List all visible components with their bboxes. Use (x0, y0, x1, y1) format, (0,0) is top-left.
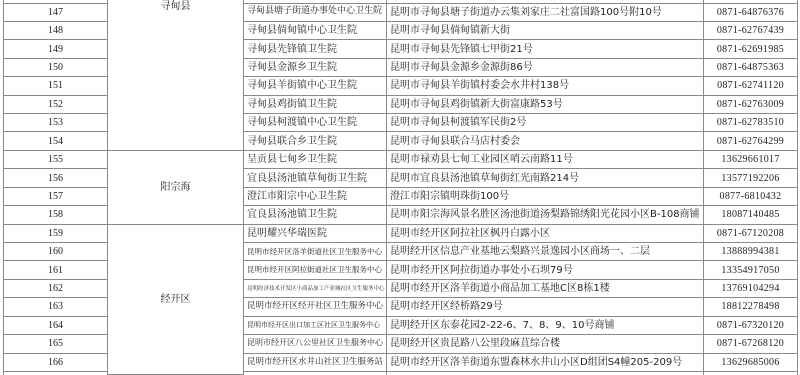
phone-cell: 13888994381 (704, 242, 798, 260)
institution-cell: 昆明市经开区经开社区卫生服务中心 (244, 298, 387, 316)
phone-cell: 0871-62767439 (704, 21, 798, 39)
institution-cell: 寻甸县鸡街镇卫生院 (244, 95, 387, 113)
phone-cell: 0871-62741120 (704, 77, 798, 95)
phone-cell: 0871-62764299 (704, 132, 798, 150)
phone-cell: 0871-64875363 (704, 58, 798, 76)
row-number-cell: 164 (4, 316, 108, 334)
row-number-cell: 166 (4, 353, 108, 371)
row-number-cell: 156 (4, 169, 108, 187)
institution-cell: 寻甸县联合乡卫生院 (244, 132, 387, 150)
institution-cell: 寻甸县柯渡镇中心卫生院 (244, 114, 387, 132)
phone-cell (704, 371, 798, 374)
address-cell: 昆明市禄劝县七甸工业园区哨云南路11号 (387, 150, 704, 168)
table-row: 155 阳宗海 呈贡县七甸乡卫生院 昆明市禄劝县七甸工业园区哨云南路11号 13… (4, 150, 798, 168)
address-cell: 昆明经开区信息产业基地云梨路兴景逸园小区商场一、二层 (387, 242, 704, 260)
row-number-cell (4, 371, 108, 374)
region-cell-xundian: 寻甸县 (108, 0, 244, 150)
phone-cell: 0871-67320120 (704, 316, 798, 334)
address-cell: 昆明经开区贵昆路八公里段麻苴综合楼 (387, 335, 704, 353)
row-number-cell: 163 (4, 298, 108, 316)
institution-cell: 寻甸县塘子街道办事处中心卫生院 (244, 3, 387, 21)
phone-cell: 13629661017 (704, 150, 798, 168)
address-cell: 昆明经开区东泰花园2-22-6、7、8、9、10号商铺 (387, 316, 704, 334)
address-cell: 昆明市寻甸县联合马店村委会 (387, 132, 704, 150)
institution-cell: 寻甸县羊街镇中心卫生院 (244, 77, 387, 95)
institution-cell: 呈贡县七甸乡卫生院 (244, 150, 387, 168)
row-number-cell: 160 (4, 242, 108, 260)
address-cell: 昆明市经开区经桥路29号 (387, 298, 704, 316)
address-cell: 昆明市经开区洛羊街道小商品加工基地C区8栋1楼 (387, 279, 704, 297)
address-cell: 昆明市经开区阿拉社区枫丹白露小区 (387, 224, 704, 242)
institution-cell: 昆明耀兴华瑞医院 (244, 224, 387, 242)
institution-cell: 昆明经济技术开发区小商品加工产业城社区卫生服务中心 (244, 279, 387, 297)
institution-cell: 宜良县汤池镇卫生院 (244, 206, 387, 224)
phone-cell: 18087140485 (704, 206, 798, 224)
institution-cell: 寻甸县先锋镇卫生院 (244, 40, 387, 58)
address-cell (387, 371, 704, 374)
phone-cell: 0871-64876376 (704, 3, 798, 21)
row-number-cell: 159 (4, 224, 108, 242)
row-number-cell: 155 (4, 150, 108, 168)
institution-cell: 寻甸县倘甸镇中心卫生院 (244, 21, 387, 39)
institution-cell: 昆明市经开区出口加工区社区卫生服务中心 (244, 316, 387, 334)
address-cell: 昆明市经开区洛羊街道东盟森林水井山小区D组团S4幢205-209号 (387, 353, 704, 371)
address-cell: 昆明市宜良县汤池镇草甸街红光南路214号 (387, 169, 704, 187)
institution-cell: 昆明市经开区洛羊街道社区卫生服务中心 (244, 242, 387, 260)
region-cell-jingkaiqu: 经开区 (108, 224, 244, 374)
address-cell: 昆明市寻甸县倘甸镇新大街 (387, 21, 704, 39)
institution-cell: 宜良县汤池镇草甸街卫生院 (244, 169, 387, 187)
row-number-cell: 154 (4, 132, 108, 150)
address-cell: 昆明市寻甸县金源乡金源街86号 (387, 58, 704, 76)
institution-cell (244, 371, 387, 374)
address-cell: 昆明市经开区阿拉街道办事处小石坝79号 (387, 261, 704, 279)
institution-cell: 昆明市经开区水井山社区卫生服务站 (244, 353, 387, 371)
row-number-cell: 148 (4, 21, 108, 39)
row-number-cell: 147 (4, 3, 108, 21)
row-number-cell: 162 (4, 279, 108, 297)
phone-cell: 0871-62783510 (704, 114, 798, 132)
phone-cell: 13354917050 (704, 261, 798, 279)
row-number-cell: 161 (4, 261, 108, 279)
clinic-table-screenshot: 寻甸县 147 寻甸县塘子街道办事处中心卫生院 昆明市寻甸县塘子街道办云集刘家庄… (0, 0, 800, 375)
phone-cell: 0871-62691985 (704, 40, 798, 58)
table-row: 159 经开区 昆明耀兴华瑞医院 昆明市经开区阿拉社区枫丹白露小区 0871-6… (4, 224, 798, 242)
phone-cell: 0877-6810432 (704, 187, 798, 205)
row-number-cell: 157 (4, 187, 108, 205)
institution-cell: 昆明市经开区阿拉街道社区卫生服务中心 (244, 261, 387, 279)
institution-cell: 寻甸县金源乡卫生院 (244, 58, 387, 76)
phone-cell: 0871-62763009 (704, 95, 798, 113)
institution-cell: 澄江市阳宗中心卫生院 (244, 187, 387, 205)
row-number-cell: 151 (4, 77, 108, 95)
row-number-cell: 153 (4, 114, 108, 132)
address-cell: 昆明市寻甸县鸡街镇新大街富康路53号 (387, 95, 704, 113)
address-cell: 澄江市阳宗镇明珠街100号 (387, 187, 704, 205)
phone-cell: 13577192206 (704, 169, 798, 187)
address-cell: 昆明市寻甸县塘子街道办云集刘家庄二社富国路100号附10号 (387, 3, 704, 21)
address-cell: 昆明市寻甸县羊街镇村委会水井村138号 (387, 77, 704, 95)
row-number-cell: 165 (4, 335, 108, 353)
row-number-cell: 150 (4, 58, 108, 76)
row-number-cell: 158 (4, 206, 108, 224)
phone-cell: 18812278498 (704, 298, 798, 316)
address-cell: 昆明市寻甸县先锋镇七甲街21号 (387, 40, 704, 58)
address-cell: 昆明市阳宗海风景名胜区汤池街道汤梨路锦绣阳光花园小区B-108商铺 (387, 206, 704, 224)
region-cell-yangzonghai: 阳宗海 (108, 150, 244, 224)
row-number-cell: 152 (4, 95, 108, 113)
phone-cell: 13769104294 (704, 279, 798, 297)
phone-cell: 0871-67120208 (704, 224, 798, 242)
phone-cell: 0871-67268120 (704, 335, 798, 353)
row-number-cell: 149 (4, 40, 108, 58)
address-cell: 昆明市寻甸县柯渡镇军民街2号 (387, 114, 704, 132)
institution-cell: 昆明市经开区八公里社区卫生服务中心 (244, 335, 387, 353)
phone-cell: 13629685006 (704, 353, 798, 371)
clinic-directory-table: 寻甸县 147 寻甸县塘子街道办事处中心卫生院 昆明市寻甸县塘子街道办云集刘家庄… (3, 0, 798, 375)
